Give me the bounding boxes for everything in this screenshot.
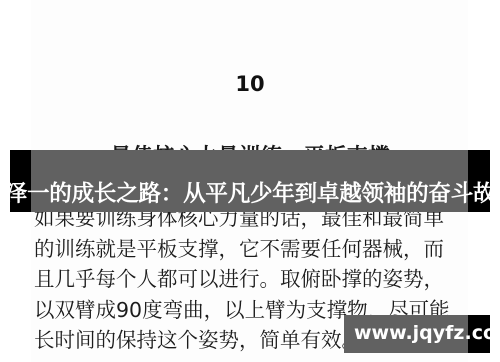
watermark-band: www.jqyfz.com [344,315,490,353]
watermark-text: www.jqyfz.com [354,322,500,344]
overlay-title: 刘泽一的成长之路：从平凡少年到卓越领袖的奋斗故事 [0,150,500,212]
item-number: 10 [0,72,500,96]
paragraph-line: 的训练就是平板支撑，它不需要任何器械，而 [34,234,474,265]
title-overlay-band: 刘泽一的成长之路：从平凡少年到卓越领袖的奋斗故事 [10,150,490,212]
paragraph-line: 且几乎每个人都可以进行。取俯卧撑的姿势， [34,264,474,295]
